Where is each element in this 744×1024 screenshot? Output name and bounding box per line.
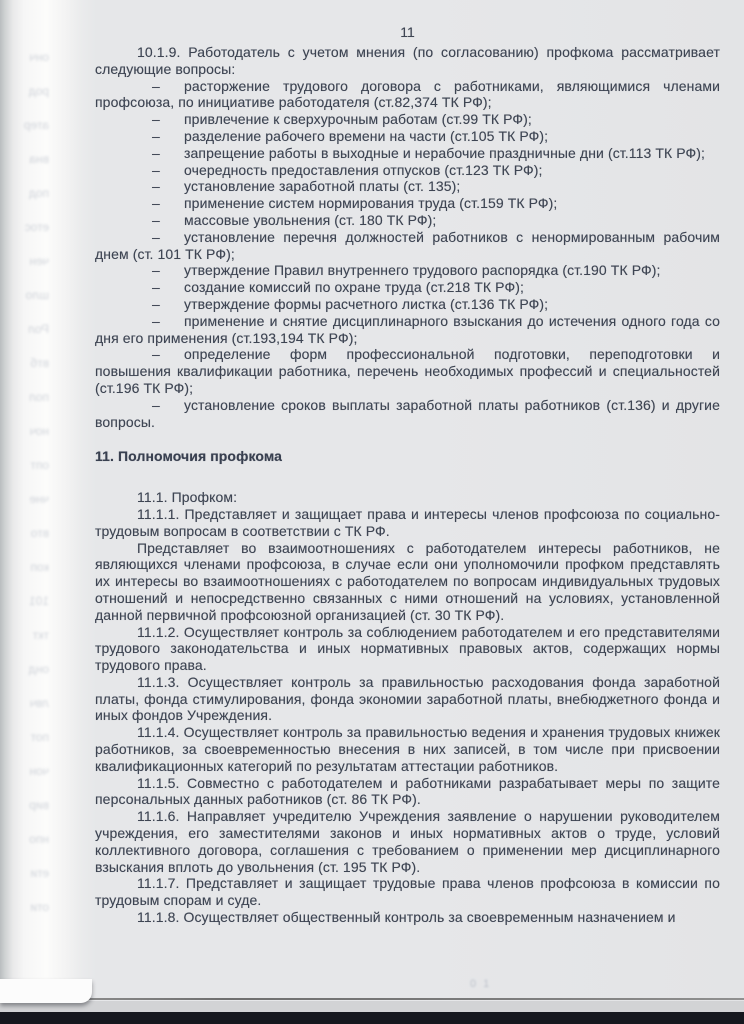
- document-body: 10.1.9. Работодатель с учетом мнения (по…: [95, 44, 720, 926]
- dash-bullet: –: [152, 229, 184, 246]
- section-heading: 11. Полномочия профкома: [95, 448, 720, 465]
- list-item: –массовые увольнения (ст. 180 ТК РФ);: [95, 212, 720, 229]
- scanner-bed-strip: [0, 1001, 744, 1012]
- list-item-text: определение форм профессиональной подгот…: [95, 346, 720, 396]
- list-item: –расторжение трудового договора с работн…: [95, 78, 720, 112]
- dash-bullet: –: [152, 111, 184, 128]
- list-item-text: применение систем нормирования труда (ст…: [184, 195, 557, 211]
- bleedthrough-smudge-bottom: 01: [470, 978, 690, 990]
- dash-bullet: –: [152, 178, 184, 195]
- list-item-text: установление перечня должностей работник…: [95, 229, 720, 262]
- paragraph: 11.1.1. Представляет и защищает права и …: [95, 506, 720, 540]
- dash-bullet: –: [152, 195, 184, 212]
- list-item: –создание комиссий по охране труда (ст.2…: [95, 279, 720, 296]
- list-item: –привлечение к сверхурочным работам (ст.…: [95, 111, 720, 128]
- list-item: –очередность предоставления отпусков (ст…: [95, 162, 720, 179]
- page-bottom-edge-line: [0, 998, 744, 1000]
- dash-bullet: –: [152, 212, 184, 229]
- paragraph: Представляет во взаимоотношениях с работ…: [95, 540, 720, 624]
- list-item-text: утверждение Правил внутреннего трудового…: [184, 262, 660, 278]
- list-item-text: очередность предоставления отпусков (ст.…: [184, 162, 542, 178]
- scanned-page: онч род атер вна под етос чен шло Рол вт…: [0, 0, 744, 1024]
- page-corner-curl: [0, 979, 92, 1003]
- list-item: –применение и снятие дисциплинарного взы…: [95, 313, 720, 347]
- paragraph: 11.1.7. Представляет и защищает трудовые…: [95, 875, 720, 909]
- list-item-text: разделение рабочего времени на части (ст…: [184, 128, 548, 144]
- list-item: –определение форм профессиональной подго…: [95, 346, 720, 396]
- dash-bullet: –: [152, 262, 184, 279]
- paragraph: 11.1.5. Совместно с работодателем и рабо…: [95, 775, 720, 809]
- paragraph: 10.1.9. Работодатель с учетом мнения (по…: [95, 44, 720, 78]
- list-item-text: расторжение трудового договора с работни…: [95, 78, 720, 111]
- paragraph: 11.1. Профком:: [95, 489, 720, 506]
- list-item: –установление перечня должностей работни…: [95, 229, 720, 263]
- list-item-text: запрещение работы в выходные и нерабочие…: [184, 145, 705, 161]
- list-item-text: применение и снятие дисциплинарного взыс…: [95, 313, 720, 346]
- dash-bullet: –: [152, 128, 184, 145]
- scan-dark-band: [0, 1012, 744, 1024]
- list-item-text: утверждение формы расчетного листка (ст.…: [184, 296, 548, 312]
- paragraph: 11.1.4. Осуществляет контроль за правиль…: [95, 724, 720, 774]
- dash-bullet: –: [152, 145, 184, 162]
- list-item-text: установление заработной платы (ст. 135);: [184, 178, 460, 194]
- paragraph: 11.1.8. Осуществляет общественный контро…: [95, 909, 720, 926]
- paragraph: 11.1.6. Направляет учредителю Учреждения…: [95, 808, 720, 875]
- dash-bullet: –: [152, 279, 184, 296]
- page-number: 11: [95, 24, 720, 40]
- list-item: –установление сроков выплаты заработной …: [95, 397, 720, 431]
- dash-bullet: –: [152, 296, 184, 313]
- paragraph: 11.1.2. Осуществляет контроль за соблюде…: [95, 624, 720, 674]
- list-item-text: установление сроков выплаты заработной п…: [95, 397, 720, 430]
- dash-bullet: –: [152, 78, 184, 95]
- list-item: –запрещение работы в выходные и нерабочи…: [95, 145, 720, 162]
- list-item: –разделение рабочего времени на части (с…: [95, 128, 720, 145]
- list-item: –утверждение Правил внутреннего трудовог…: [95, 262, 720, 279]
- list-item: –установление заработной платы (ст. 135)…: [95, 178, 720, 195]
- list-item-text: создание комиссий по охране труда (ст.21…: [184, 279, 524, 295]
- dash-bullet: –: [152, 346, 184, 363]
- dash-bullet: –: [152, 162, 184, 179]
- list-item: –применение систем нормирования труда (с…: [95, 195, 720, 212]
- dash-bullet: –: [152, 397, 184, 414]
- paragraph: 11.1.3. Осуществляет контроль за правиль…: [95, 674, 720, 724]
- dash-bullet: –: [152, 313, 184, 330]
- list-item-text: привлечение к сверхурочным работам (ст.9…: [184, 111, 532, 127]
- list-item-text: массовые увольнения (ст. 180 ТК РФ);: [184, 212, 436, 228]
- bleedthrough-text-left: онч род атер вна под етос чен шло Рол вт…: [3, 40, 49, 980]
- list-item: –утверждение формы расчетного листка (ст…: [95, 296, 720, 313]
